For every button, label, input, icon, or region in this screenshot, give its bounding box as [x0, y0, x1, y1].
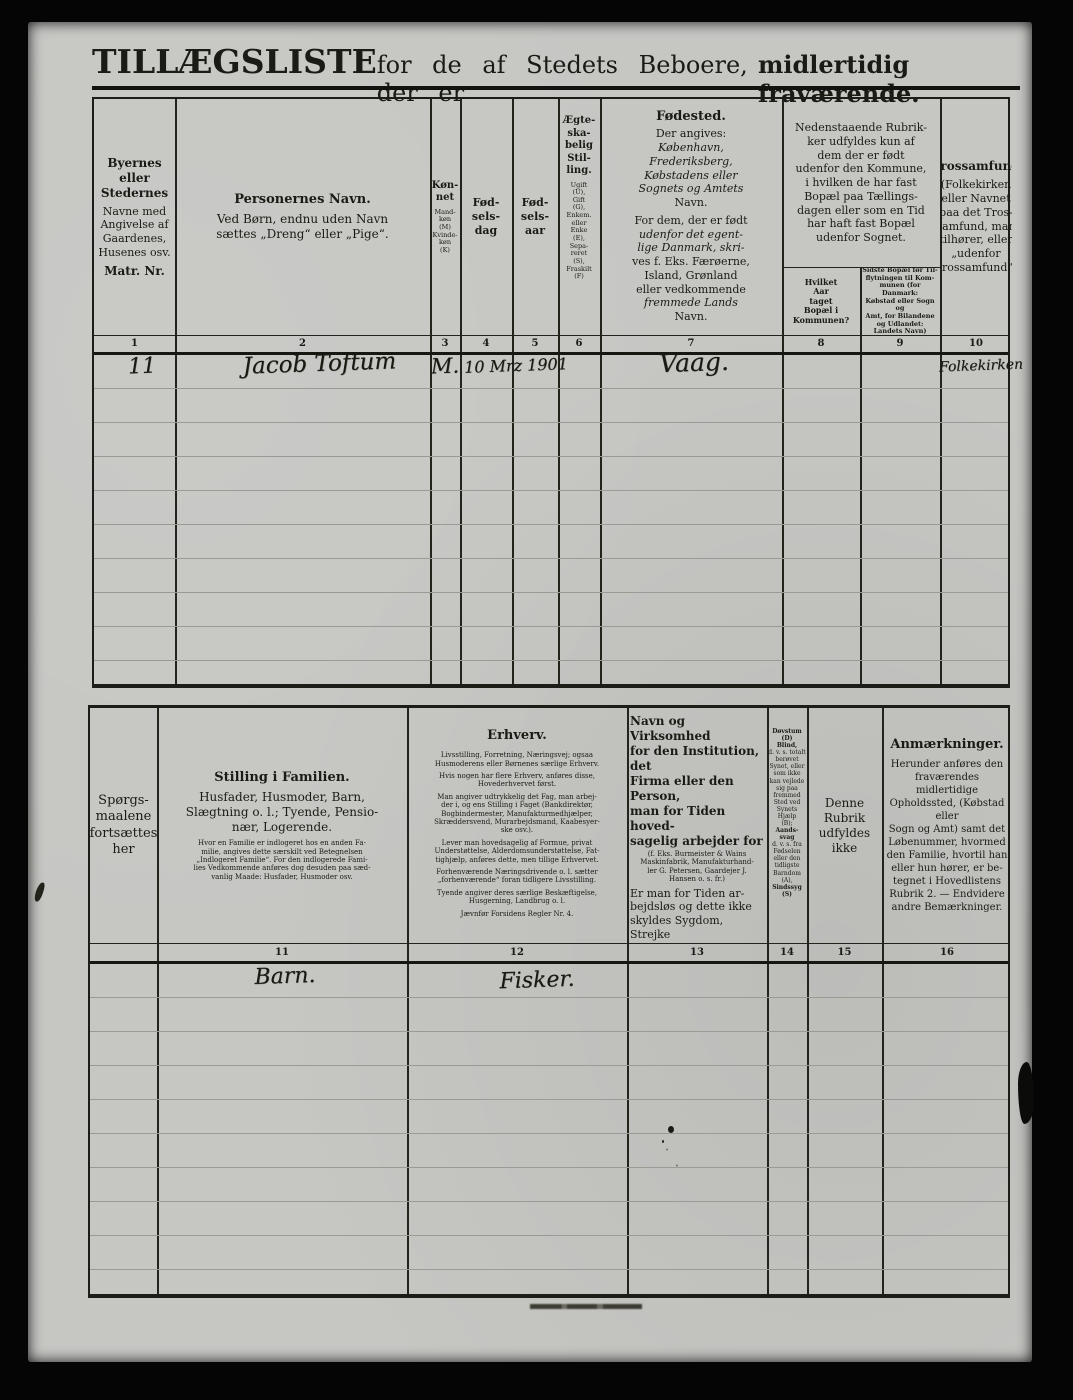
header-text: Anmærkninger.: [890, 737, 1003, 753]
header-text: Matr. Nr.: [104, 264, 165, 279]
col-number: 6: [558, 338, 600, 349]
header-text: Hvilket Aar taget Bopæl i Kommunen?: [793, 278, 849, 326]
header-text: fremmede Lands: [644, 296, 738, 310]
header-text: Nedenstaaende Rubrik- ker udfyldes kun a…: [795, 121, 927, 245]
col-header-trossamfund: Trossamfund (Folkekirken eller Navnet pa…: [940, 99, 1012, 335]
col-header-koen: Køn- net Mand- køn (M) Kvinde- køn (K): [430, 99, 460, 335]
header-text: Fødested.: [656, 109, 726, 125]
header-text: Mand- køn (M) Kvinde- køn (K): [433, 209, 458, 255]
header-text: udenfor det egent- lige Danmark, skri-: [637, 228, 744, 256]
col-number: 4: [460, 338, 512, 349]
col-header-stilling-i-familien: Stilling i Familien. Husfader, Husmoder,…: [157, 708, 407, 943]
col-number: 5: [512, 338, 558, 349]
col-number: 9: [860, 338, 940, 349]
scan-background: TILLÆGSLISTE for de af Stedets Beboere, …: [0, 0, 1073, 1400]
printer-imprint-smudge: [530, 1304, 642, 1309]
header-text: Fød- sels- aar: [521, 196, 549, 237]
number-row-top-rule: [94, 335, 1008, 336]
title-underline: [92, 86, 1020, 90]
label-text: Spørgs- maalene fortsættes her: [90, 793, 157, 858]
header-fine-print: Man angiver udtrykkelig det Fag, man arb…: [434, 793, 600, 835]
header-text: Er man for Tiden ar- bejdsløs og dette i…: [630, 887, 764, 943]
header-text: Navn.: [675, 196, 708, 210]
header-fine-print: Jævnfør Forsidens Regler Nr. 4.: [461, 910, 574, 918]
header-fine-print: (f. Eks. Burmeister & Wains Maskinfabrik…: [640, 850, 754, 884]
title-word-tillaegsliste: TILLÆGSLISTE: [92, 42, 377, 81]
col-number: 12: [407, 947, 627, 958]
header-text: Navne med Angivelse af Gaardenes, Husene…: [98, 205, 170, 260]
table-persons-lower: Spørgs- maalene fortsættes her Stilling …: [88, 705, 1010, 1298]
number-row-top-rule: [90, 943, 1008, 944]
col-header-aegteskabelig-stilling: Ægte- ska- belig Stil- ling. Ugift (U), …: [558, 99, 600, 335]
header-text: Ved Børn, endnu uden Navn sættes „Dreng“…: [216, 212, 388, 242]
table-body-ruling: [94, 355, 1008, 686]
col-number: 10: [940, 338, 1012, 349]
header-text: Køn- net: [432, 180, 459, 205]
header-text: Aands- svag: [776, 827, 799, 841]
census-form-paper: TILLÆGSLISTE for de af Stedets Beboere, …: [28, 22, 1032, 1362]
header-text: Der angives:: [656, 127, 726, 141]
handwritten-birthplace: Vaag.: [634, 348, 755, 377]
label-questions-continue: Spørgs- maalene fortsættes her: [90, 708, 157, 943]
col-header-foedselsdag: Fød- sels- dag: [460, 99, 512, 335]
col-number: 15: [807, 947, 882, 958]
col-number: 11: [157, 947, 407, 958]
header-text: (Folkekirken eller Navnet paa det Tros- …: [940, 178, 1012, 274]
ink-blot: [668, 1126, 674, 1133]
header-text: Ægte- ska- belig Stil- ling.: [563, 115, 595, 178]
col-header-personernes-navn: Personernes Navn. Ved Børn, endnu uden N…: [175, 99, 430, 335]
col-header-erhverv: Erhverv. Livsstilling, Forretning, Nærin…: [407, 708, 627, 943]
header-text: Ugift (U), Gift (G), Enkem. eller Enke (…: [566, 182, 592, 282]
col-header-udfyldes-ikke: Denne Rubrik udfyldes ikke: [807, 708, 882, 943]
header-text: For dem, der er født: [634, 214, 747, 228]
col-header-foedselsaar: Fød- sels- aar: [512, 99, 558, 335]
handwritten-birthdate: 10 Mrz 1901: [458, 356, 574, 376]
header-text: Navn.: [675, 310, 708, 324]
col-header-foedested: Fødested. Der angives: København, Freder…: [600, 99, 782, 335]
header-text: Fød- sels- dag: [472, 196, 500, 237]
header-text: Sindssyg (S): [772, 884, 802, 898]
col-number: 14: [767, 947, 807, 958]
header-text: Navn og Virksomhed for den Institution, …: [630, 714, 764, 849]
header-text: Husfader, Husmoder, Barn, Slægtning o. l…: [186, 790, 378, 835]
header-text: Herunder anføres den fraværendes midlert…: [885, 758, 1009, 914]
col-number: 1: [94, 338, 175, 349]
header-fine-print: Hvis nogen har flere Erhverv, anføres di…: [439, 772, 595, 789]
header-text: Døvstum (D) Blind,: [772, 728, 802, 749]
header-text: Sidste Bopæl før Til- flytningen til Kom…: [861, 268, 939, 335]
right-edge-ink-mark: [1018, 1062, 1034, 1124]
header-fine-print: Livsstilling, Forretning, Næringsvej; og…: [435, 751, 599, 768]
header-fine-print: Hvor en Familie er indlogeret hos en and…: [193, 839, 370, 881]
handwritten-family-position: Barn.: [220, 964, 351, 991]
col-header-group-8-9: Nedenstaaende Rubrik- ker udfyldes kun a…: [782, 99, 940, 268]
col-number: 3: [430, 338, 460, 349]
table-body-ruling: [90, 964, 1008, 1297]
header-fine-print: d. v. s. totalt berøvet Synet, eller som…: [768, 749, 806, 827]
col-header-sidste-bopael: Sidste Bopæl før Til- flytningen til Kom…: [860, 268, 940, 335]
handwritten-matr-nr: 11: [112, 355, 173, 379]
table-persons-upper: Byernes eller Stedernes Navne med Angive…: [92, 97, 1010, 688]
col-number: 2: [175, 338, 430, 349]
col-number: 8: [782, 338, 860, 349]
col-header-matr-nr: Byernes eller Stedernes Navne med Angive…: [94, 99, 175, 335]
col-number: 13: [627, 947, 767, 958]
header-fine-print: Tyende angiver deres særlige Beskæftigel…: [437, 889, 597, 906]
col-header-arbejdsgiver: Navn og Virksomhed for den Institution, …: [627, 708, 767, 943]
col-number: 16: [882, 947, 1012, 958]
header-text: Stilling i Familien.: [214, 770, 349, 786]
header-text: Erhverv.: [487, 728, 547, 744]
header-fine-print: d. v. s. fra Fødselen eller den tidligst…: [772, 841, 802, 883]
header-text: Personernes Navn.: [234, 192, 371, 208]
col-header-aar-bopael: Hvilket Aar taget Bopæl i Kommunen?: [782, 268, 860, 335]
header-text: Denne Rubrik udfyldes ikke: [819, 796, 870, 856]
col-header-anmaerkninger: Anmærkninger. Herunder anføres den fravæ…: [882, 708, 1012, 943]
header-text: Trossamfund: [940, 159, 1012, 174]
header-text: København, Frederiksberg, Købstadens ell…: [639, 141, 744, 196]
header-fine-print: Forhenværende Næringsdrivende o. l. sætt…: [436, 868, 597, 885]
header-text: ves f. Eks. Færøerne, Island, Grønland e…: [632, 255, 750, 296]
header-text: Byernes eller Stedernes: [101, 156, 168, 201]
handwritten-faith: Folkekirken: [938, 358, 1024, 375]
handwritten-occupation: Fisker.: [472, 968, 603, 995]
left-margin-ink-mark: [33, 881, 46, 902]
header-fine-print: Lever man hovedsagelig af Formue, privat…: [435, 839, 600, 864]
col-header-handicap: Døvstum (D) Blind, d. v. s. totalt berøv…: [767, 708, 807, 943]
